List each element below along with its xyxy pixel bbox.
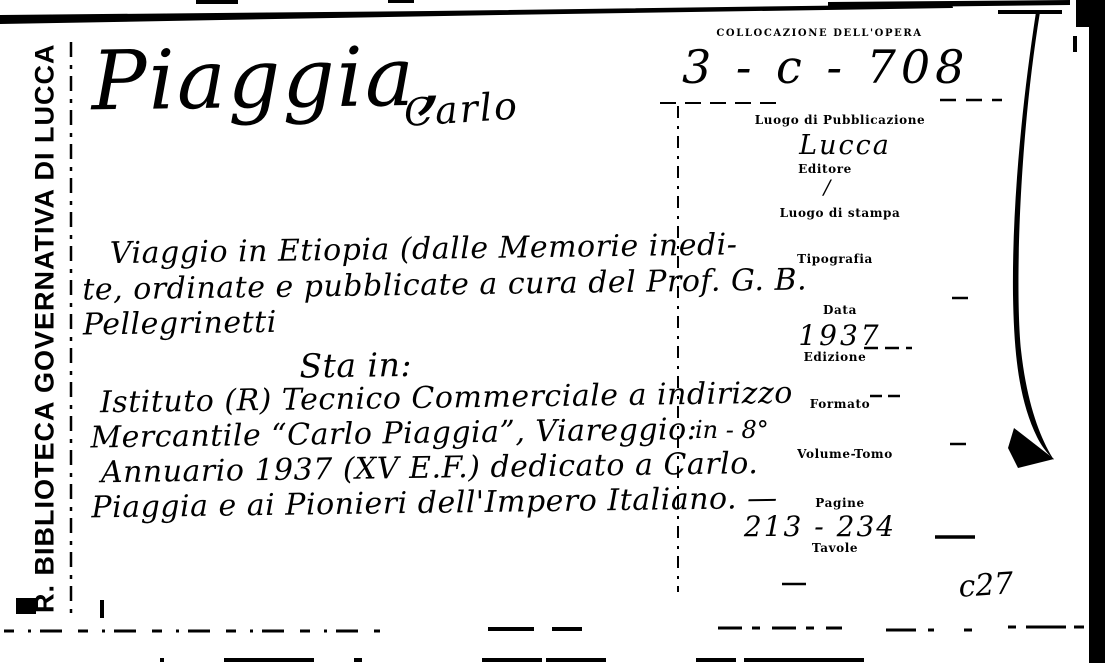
- field-label-edizione: Edizione: [770, 350, 900, 364]
- field-label-volume-tomo: Volume-Tomo: [765, 447, 925, 461]
- author-heading-surname: Piaggia,: [91, 29, 445, 129]
- title-line: Pellegrinetti: [83, 305, 277, 343]
- card-main-content: Piaggia, Carlo Viaggio in Etiopia (dalle…: [0, 0, 1105, 663]
- author-heading-forename: Carlo: [403, 83, 521, 135]
- field-label-data: Data: [790, 303, 890, 317]
- field-label-luogo-stampa: Luogo di stampa: [745, 206, 935, 220]
- field-value-formato: in - 8°: [695, 416, 815, 444]
- field-label-formato: Formato: [770, 397, 910, 411]
- field-label-luogo-pubblicazione: Luogo di Pubblicazione: [745, 113, 935, 127]
- field-label-tavole: Tavole: [770, 541, 900, 555]
- field-value-luogo-pubblicazione: Lucca: [770, 130, 920, 161]
- sta-in-label: Sta in:: [299, 345, 412, 386]
- field-value-editore: /: [812, 175, 842, 199]
- field-label-pagine: Pagine: [780, 496, 900, 510]
- field-label-tipografia: Tipografia: [765, 252, 905, 266]
- call-number: 3 - c - 708: [682, 40, 922, 94]
- field-label-editore: Editore: [770, 162, 880, 176]
- catalog-card-scan: R. BIBLIOTECA GOVERNATIVA DI LUCCA Piagg…: [0, 0, 1105, 663]
- field-value-pagine: 213 - 234: [730, 510, 910, 543]
- bottom-right-annotation: c27: [945, 565, 1027, 605]
- collocation-label: COLLOCAZIONE DELL'OPERA: [712, 28, 927, 39]
- field-value-data: 1937: [780, 319, 900, 352]
